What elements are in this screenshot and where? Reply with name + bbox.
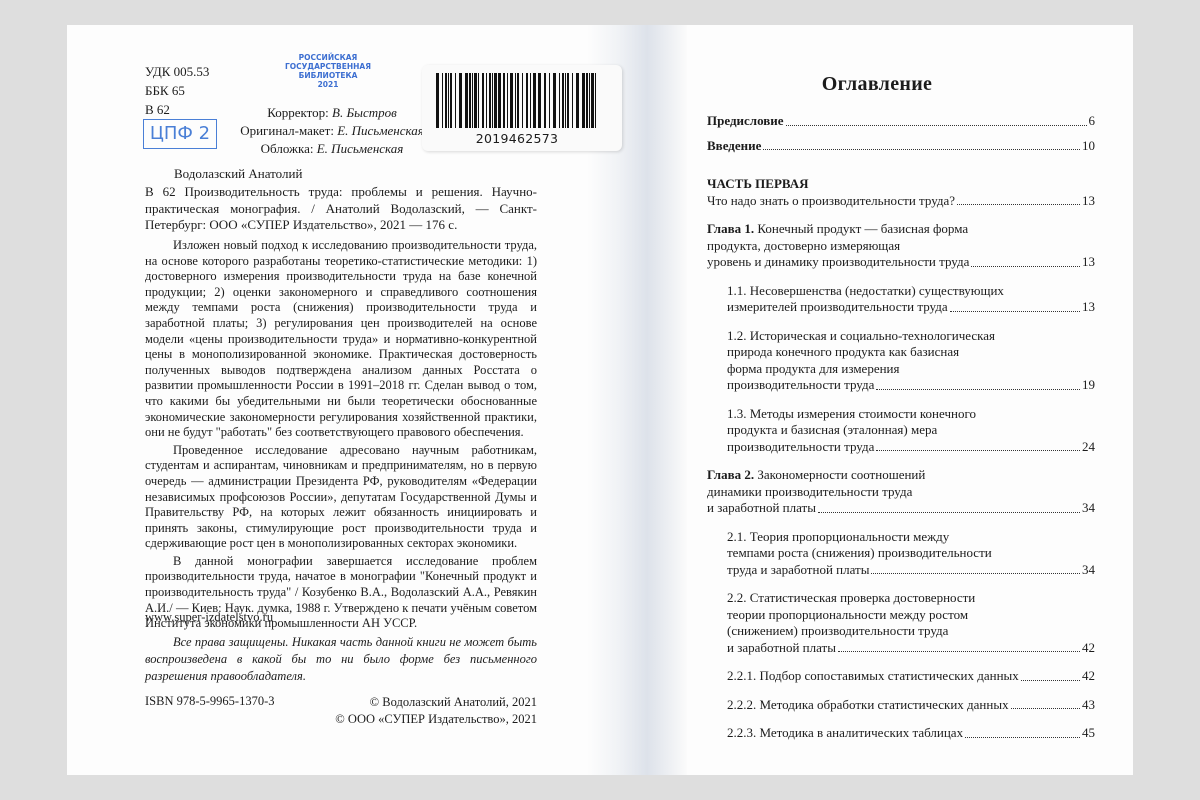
library-stamp: РОССИЙСКАЯ ГОСУДАРСТВЕННАЯ БИБЛИОТЕКА 20…	[273, 53, 383, 89]
toc-entry-2-2: 2.2. Статистическая проверка достовернос…	[707, 590, 1095, 656]
toc-entry-1-3: 1.3. Методы измерения стоимости конечног…	[707, 406, 1095, 456]
udk-code: УДК 005.53	[145, 62, 209, 81]
bibliographic-record: В 62 Производительность труда: проблемы …	[145, 184, 537, 234]
annotation-paragraph: Изложен новый подход к исследованию прои…	[145, 238, 537, 441]
bbk-code: ББК 65	[145, 81, 209, 100]
imprint-page: УДК 005.53 ББК 65 В 62 ЦПФ 2 РОССИЙСКАЯ …	[67, 25, 627, 775]
contents-page: Оглавление Предисловие6 Введение10 ЧАСТЬ…	[627, 25, 1133, 775]
toc-entry-chapter-2: Глава 2. Закономерности соотношений дина…	[707, 467, 1095, 517]
author-code: В 62	[145, 100, 209, 119]
classification-codes: УДК 005.53 ББК 65 В 62	[145, 62, 209, 119]
barcode-icon	[434, 73, 602, 128]
toc-entry-preface: Предисловие6	[707, 113, 1095, 130]
cpf-stamp: ЦПФ 2	[143, 119, 217, 149]
toc-entry-2-1: 2.1. Теория пропорциональности между тем…	[707, 529, 1095, 579]
toc-title: Оглавление	[627, 73, 1127, 96]
toc-entry-2-2-2: 2.2.2. Методика обработки статистических…	[707, 697, 1095, 714]
barcode-number: 2019462573	[422, 131, 612, 146]
table-of-contents: Предисловие6 Введение10 ЧАСТЬ ПЕРВАЯ Что…	[707, 113, 1095, 742]
book-spread: УДК 005.53 ББК 65 В 62 ЦПФ 2 РОССИЙСКАЯ …	[67, 25, 1133, 775]
annotation: Изложен новый подход к исследованию прои…	[145, 238, 537, 634]
toc-entry-2-2-1: 2.2.1. Подбор сопоставимых статистически…	[707, 668, 1095, 685]
credit-line: Корректор: В. Быстров	[217, 104, 447, 122]
toc-entry-1-1: 1.1. Несовершенства (недостатки) существ…	[707, 283, 1095, 316]
copyright: © Водолазский Анатолий, 2021 © ООО «СУПЕ…	[277, 694, 537, 728]
rights-notice: Все права защищены. Никакая часть данной…	[145, 634, 537, 685]
toc-entry-2-2-3: 2.2.3. Методика в аналитических таблицах…	[707, 725, 1095, 742]
barcode-sticker: 2019462573	[422, 65, 622, 151]
credits: Корректор: В. Быстров Оригинал-макет: Е.…	[217, 104, 447, 158]
toc-entry-chapter-1: Глава 1. Конечный продукт — базисная фор…	[707, 221, 1095, 271]
author-name: Водолазский Анатолий	[174, 166, 302, 182]
credit-line: Обложка: Е. Письменская	[217, 140, 447, 158]
toc-part-heading: ЧАСТЬ ПЕРВАЯ	[707, 176, 1095, 193]
isbn: ISBN 978-5-9965-1370-3	[145, 694, 275, 709]
publisher-website: www.super-izdatelstvo.ru	[145, 610, 273, 625]
credit-line: Оригинал-макет: Е. Письменская	[217, 122, 447, 140]
toc-entry-part1: Что надо знать о производительности труд…	[707, 193, 1095, 210]
toc-entry-1-2: 1.2. Историческая и социально-технологич…	[707, 328, 1095, 394]
toc-entry-intro: Введение10	[707, 138, 1095, 155]
annotation-paragraph: Проведенное исследование адресовано науч…	[145, 443, 537, 552]
